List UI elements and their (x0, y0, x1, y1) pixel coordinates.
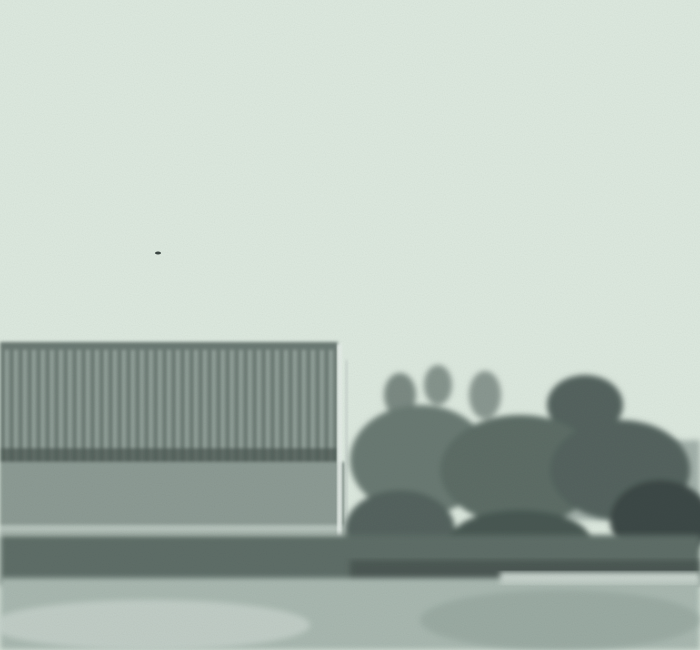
bird-speck (155, 252, 161, 255)
photo-scene: Grainy monochrome photograph of a rural … (0, 0, 700, 650)
landscape-photo (0, 0, 700, 650)
barn-building (0, 342, 345, 535)
